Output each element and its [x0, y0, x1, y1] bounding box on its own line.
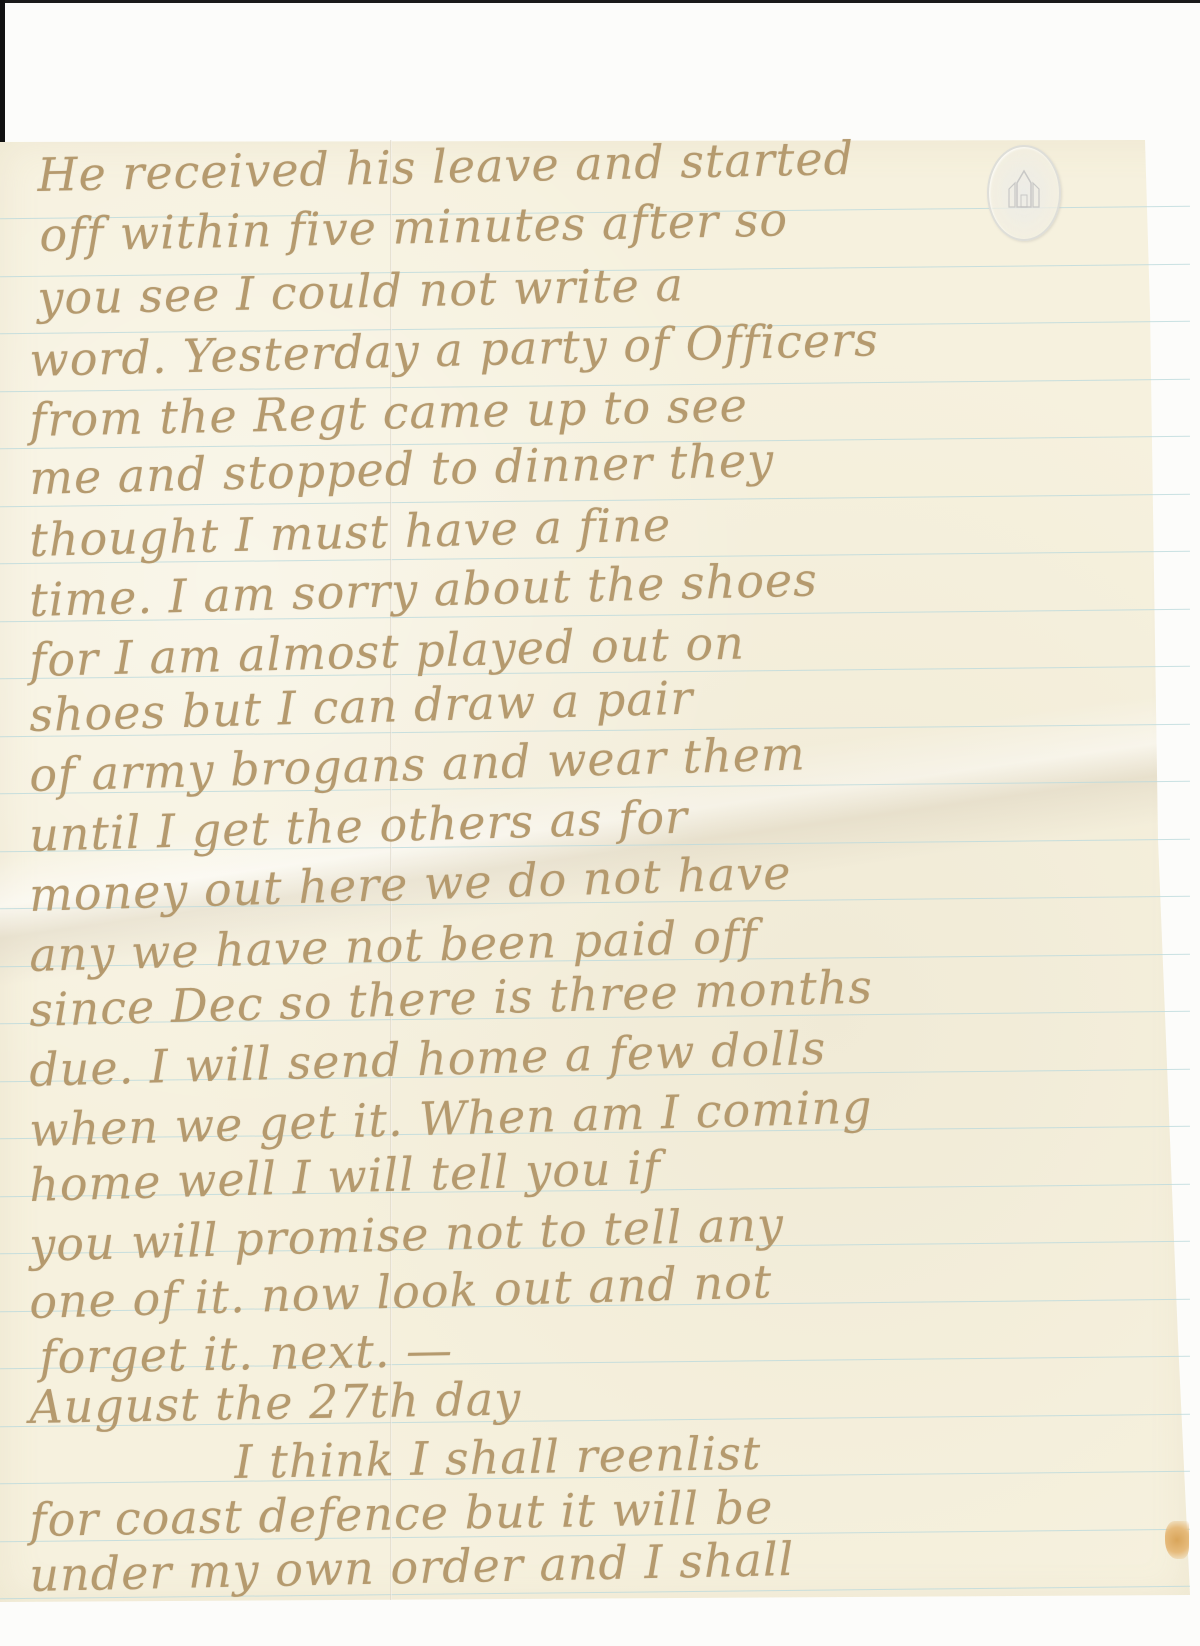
ink-stain [1165, 1521, 1189, 1559]
scanned-page: He received his leave and started off wi… [0, 0, 1200, 1646]
scanner-edge-top [0, 0, 1200, 3]
date-line: August the 27th day [29, 1371, 522, 1434]
building-seal-icon [1007, 169, 1041, 209]
text-line: I think I shall reenlist [234, 1426, 762, 1489]
embossed-seal [987, 145, 1061, 241]
scanner-edge-left [0, 0, 5, 148]
